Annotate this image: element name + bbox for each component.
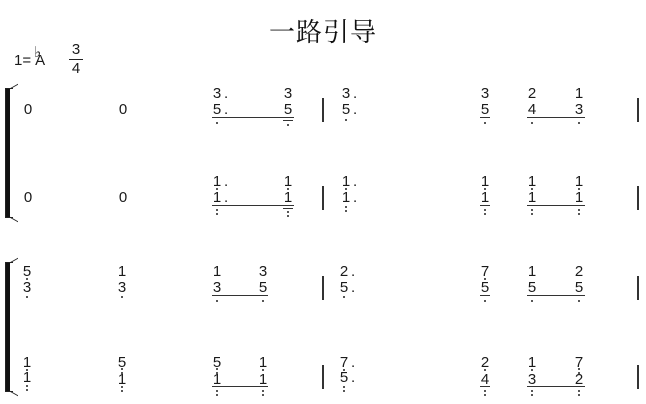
note: 1 [22,355,32,370]
score-title: 一路引导 [0,12,646,49]
low-octave-dot [287,215,289,217]
note: 5 [212,102,222,117]
key-prefix: 1= [14,52,31,69]
low-octave-dot [26,296,28,298]
note: 1 [341,190,351,205]
low-octave-dot [216,300,218,302]
note: 4 [480,372,490,387]
time-denominator: 4 [69,61,83,77]
note: 3 [212,280,222,295]
barline [322,276,324,300]
augmentation-dot: . [353,102,357,117]
note: 1 [574,86,584,101]
low-octave-dot [578,213,580,215]
low-octave-dot [531,300,533,302]
note: 1 [527,190,537,205]
low-octave-dot [26,385,28,387]
rest: 0 [23,190,33,205]
beam-underline [527,386,585,387]
low-octave-dot [121,390,123,392]
note: 3 [258,264,268,279]
low-octave-dot [216,368,218,370]
low-octave-dot [216,394,218,396]
note: 1 [212,264,222,279]
time-numerator: 3 [69,42,83,58]
low-octave-dot [484,300,486,302]
low-octave-dot [531,209,533,211]
low-octave-dot [343,390,345,392]
low-octave-dot [345,206,347,208]
low-octave-dot [345,119,347,121]
augmentation-dot: . [224,190,228,205]
note: 5 [480,102,490,117]
low-octave-dot [343,296,345,298]
note: 2 [339,264,349,279]
note: 2 [527,86,537,101]
beam-underline [212,386,268,387]
note: 3 [117,280,127,295]
augmentation-dot: . [351,355,355,370]
beam-underline [527,205,585,206]
note: 5 [339,370,349,385]
beam-underline [480,386,490,387]
low-octave-dot [287,124,289,126]
note: 1 [117,264,127,279]
note: 5 [574,280,584,295]
low-octave-dot [531,394,533,396]
beam-underline [527,295,585,296]
beam-underline [212,205,294,206]
note: 2 [480,355,490,370]
beam-underline [527,117,585,118]
beam-underline [212,295,268,296]
note: 5 [480,280,490,295]
note: 1 [283,174,293,189]
note: 5 [527,280,537,295]
low-octave-dot [343,386,345,388]
low-octave-dot [484,213,486,215]
low-octave-dot [531,213,533,215]
beam-underline [480,117,490,118]
beam-underline [480,295,490,296]
note: 1 [22,370,32,385]
beam-underline [283,120,293,121]
time-signature: 3 4 [69,42,83,77]
beam-underline [212,117,294,118]
note: 1 [527,355,537,370]
note: 1 [283,190,293,205]
augmentation-dot: . [224,174,228,189]
system-bracket-2 [5,262,13,392]
note: 7 [480,264,490,279]
note: 5 [258,280,268,295]
note: 1 [341,174,351,189]
note: 5 [339,280,349,295]
note: 1 [117,372,127,387]
low-octave-dot [578,394,580,396]
barline [322,98,324,122]
low-octave-dot [578,368,580,370]
barline [322,186,324,210]
low-octave-dot [121,296,123,298]
barline [322,365,324,389]
low-octave-dot [262,394,264,396]
augmentation-dot: . [224,102,228,117]
note: 5 [22,264,32,279]
low-octave-dot [262,300,264,302]
note: 1 [258,355,268,370]
note: 1 [574,174,584,189]
note: 1 [258,372,268,387]
low-octave-dot [216,122,218,124]
note: 1 [480,190,490,205]
beam-underline [480,205,490,206]
note: 1 [527,264,537,279]
augmentation-dot: . [353,174,357,189]
note: 3 [480,86,490,101]
note: 1 [480,174,490,189]
low-octave-dot [531,122,533,124]
low-octave-dot [484,209,486,211]
augmentation-dot: . [351,370,355,385]
note: 5 [283,102,293,117]
note: 1 [212,372,222,387]
low-octave-dot [216,209,218,211]
low-octave-dot [121,368,123,370]
note: 1 [212,174,222,189]
augmentation-dot: . [353,190,357,205]
system-bracket-1 [5,88,13,218]
flat-icon: ♭ [34,43,41,61]
low-octave-dot [216,390,218,392]
beam-underline [283,208,293,209]
note: 1 [212,190,222,205]
low-octave-dot [262,390,264,392]
low-octave-dot [216,213,218,215]
barline [637,186,639,210]
rest: 0 [118,190,128,205]
note: 2 [574,372,584,387]
low-octave-dot [121,386,123,388]
augmentation-dot: . [353,86,357,101]
note: 3 [527,372,537,387]
augmentation-dot: . [351,264,355,279]
note: 1 [527,174,537,189]
barline [637,365,639,389]
low-octave-dot [484,394,486,396]
note: 3 [283,86,293,101]
key-signature: 1=♭A [14,52,45,69]
low-octave-dot [26,389,28,391]
note: 4 [527,102,537,117]
barline [637,276,639,300]
low-octave-dot [287,211,289,213]
note: 3 [212,86,222,101]
low-octave-dot [484,122,486,124]
note: 2 [574,264,584,279]
note: 1 [574,190,584,205]
low-octave-dot [484,390,486,392]
note: 3 [341,86,351,101]
augmentation-dot: . [224,86,228,101]
augmentation-dot: . [351,280,355,295]
low-octave-dot [531,390,533,392]
low-octave-dot [578,209,580,211]
barline [637,98,639,122]
rest: 0 [23,102,33,117]
note: 7 [339,355,349,370]
low-octave-dot [578,122,580,124]
note: 3 [574,102,584,117]
low-octave-dot [578,300,580,302]
note: 5 [341,102,351,117]
note: 3 [22,280,32,295]
low-octave-dot [578,390,580,392]
rest: 0 [118,102,128,117]
low-octave-dot [345,210,347,212]
